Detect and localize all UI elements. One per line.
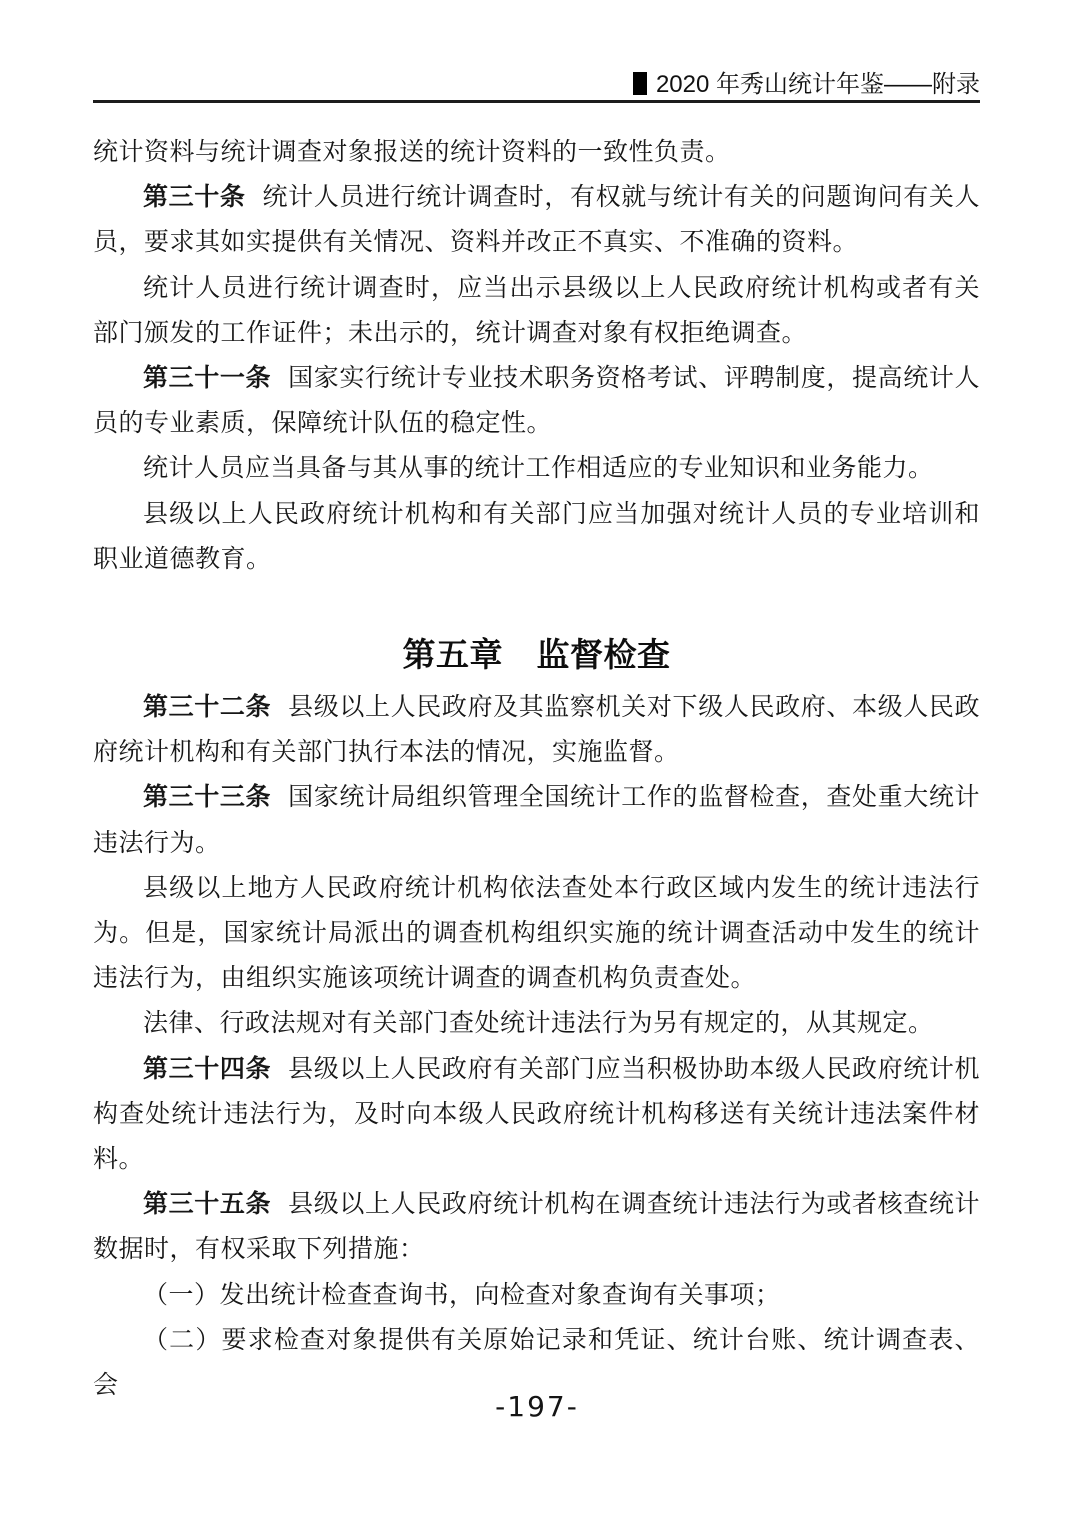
paragraph-text: 统计人员应当具备与其从事的统计工作相适应的专业知识和业务能力。 xyxy=(143,455,934,482)
paragraph-article-30-p2: 统计人员进行统计调查时，应当出示县级以上人民政府统计机构或者有关部门颁发的工作证… xyxy=(93,266,980,356)
paragraph-text: 法律、行政法规对有关部门查处统计违法行为另有规定的，从其规定。 xyxy=(143,1010,934,1037)
paragraph-article-33-p3: 法律、行政法规对有关部门查处统计违法行为另有规定的，从其规定。 xyxy=(93,1001,980,1046)
paragraph-continuation: 统计资料与统计调查对象报送的统计资料的一致性负责。 xyxy=(93,130,980,175)
article-number: 第三十一条 xyxy=(143,364,271,392)
paragraph-article-32: 第三十二条县级以上人民政府及其监察机关对下级人民政府、本级人民政府统计机构和有关… xyxy=(93,685,980,775)
paragraph-text: （一）发出统计检查查询书，向检查对象查询有关事项； xyxy=(143,1282,781,1309)
yearbook-page: 2020 年秀山统计年鉴——附录 统计资料与统计调查对象报送的统计资料的一致性负… xyxy=(0,0,1074,1520)
page-body: 统计资料与统计调查对象报送的统计资料的一致性负责。 第三十条统计人员进行统计调查… xyxy=(93,130,980,1408)
page-header: 2020 年秀山统计年鉴——附录 xyxy=(93,71,980,99)
paragraph-text: 统计人员进行统计调查时，应当出示县级以上人民政府统计机构或者有关部门颁发的工作证… xyxy=(93,275,980,347)
paragraph-article-33: 第三十三条国家统计局组织管理全国统计工作的监督检查，查处重大统计违法行为。 xyxy=(93,775,980,865)
paragraph-text: 县级以上人民政府统计机构和有关部门应当加强对统计人员的专业培训和职业道德教育。 xyxy=(93,501,980,573)
header-title: 2020 年秀山统计年鉴——附录 xyxy=(656,71,980,98)
paragraph-text: 统计资料与统计调查对象报送的统计资料的一致性负责。 xyxy=(93,139,731,166)
article-number: 第三十五条 xyxy=(143,1190,271,1218)
paragraph-text: （二）要求检查对象提供有关原始记录和凭证、统计台账、统计调查表、会 xyxy=(93,1327,980,1399)
paragraph-article-31: 第三十一条国家实行统计专业技术职务资格考试、评聘制度，提高统计人员的专业素质，保… xyxy=(93,356,980,446)
page-number: -197- xyxy=(0,1390,1074,1423)
article-number: 第三十二条 xyxy=(143,693,271,721)
article-number: 第三十三条 xyxy=(143,783,271,811)
article-number: 第三十条 xyxy=(143,183,246,211)
header-rule xyxy=(93,100,980,103)
paragraph-article-30: 第三十条统计人员进行统计调查时，有权就与统计有关的问题询问有关人员，要求其如实提… xyxy=(93,175,980,265)
paragraph-article-35: 第三十五条县级以上人民政府统计机构在调查统计违法行为或者核查统计数据时，有权采取… xyxy=(93,1182,980,1272)
paragraph-article-31-p3: 县级以上人民政府统计机构和有关部门应当加强对统计人员的专业培训和职业道德教育。 xyxy=(93,492,980,582)
chapter-5-heading: 第五章 监督检查 xyxy=(93,632,980,677)
paragraph-article-33-p2: 县级以上地方人民政府统计机构依法查处本行政区域内发生的统计违法行为。但是，国家统… xyxy=(93,866,980,1002)
list-item-1: （一）发出统计检查查询书，向检查对象查询有关事项； xyxy=(93,1273,980,1318)
paragraph-text: 县级以上地方人民政府统计机构依法查处本行政区域内发生的统计违法行为。但是，国家统… xyxy=(93,875,980,992)
header-black-bar-icon xyxy=(633,72,647,95)
paragraph-article-34: 第三十四条县级以上人民政府有关部门应当积极协助本级人民政府统计机构查处统计违法行… xyxy=(93,1047,980,1183)
paragraph-article-31-p2: 统计人员应当具备与其从事的统计工作相适应的专业知识和业务能力。 xyxy=(93,446,980,491)
article-number: 第三十四条 xyxy=(143,1055,271,1083)
